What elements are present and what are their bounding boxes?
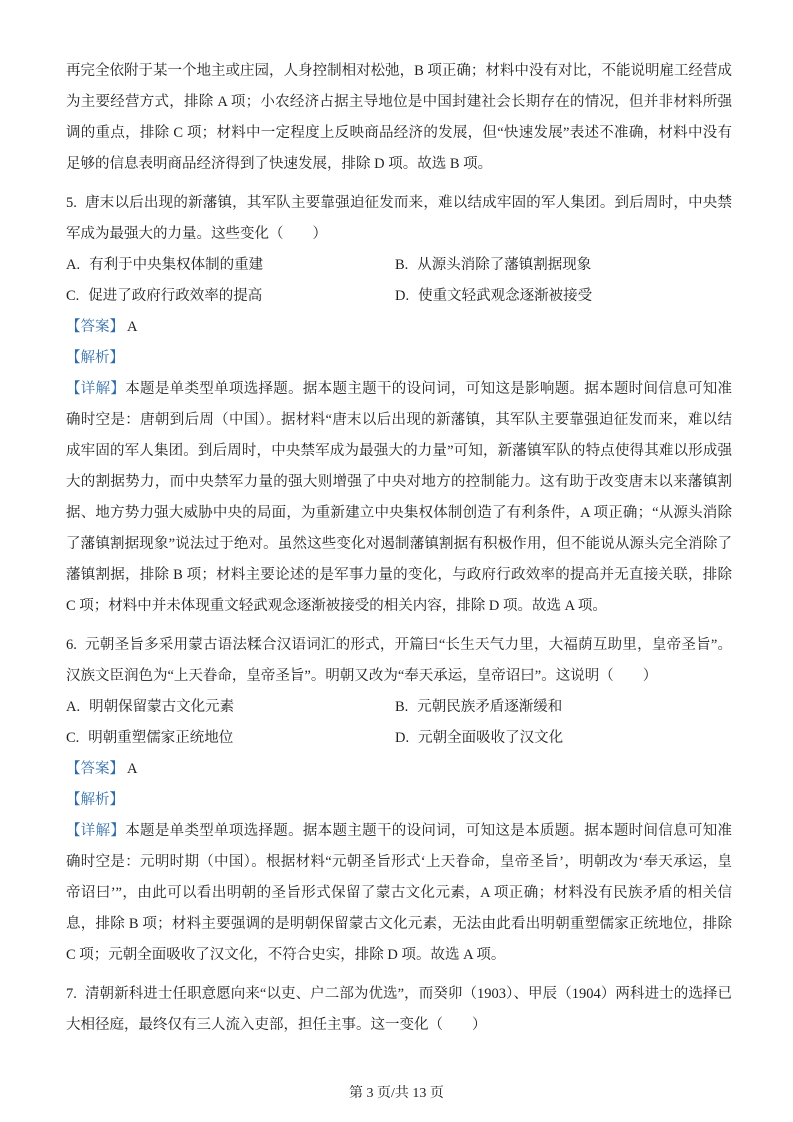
question-7-stem-text: 清朝新科进士任职意愿向来“以吏、户二部为优选”，而癸卯（1903）、甲辰（190… xyxy=(66,986,732,1033)
question-6-stem-text: 元朝圣旨多采用蒙古语法糅合汉语词汇的形式，开篇曰“长生天气力里，大福荫互助里，皇… xyxy=(66,637,732,684)
detail-label: 【详解】 xyxy=(66,823,125,839)
option-d-text: 元朝全面吸收了汉文化 xyxy=(418,730,563,746)
answer-value: A xyxy=(127,761,137,777)
option-a-label: A. xyxy=(66,257,80,273)
question-5-number: 5. xyxy=(66,195,77,211)
question-5-stem: 5.唐末以后出现的新藩镇，其军队主要靠强迫征发而来，难以结成牢固的军人集团。到后… xyxy=(66,188,732,250)
answer-value: A xyxy=(127,319,137,335)
page-content: 再完全依附于某一个地主或庄园，人身控制相对松弛，B 项正确；材料中没有对比，不能… xyxy=(66,56,732,1041)
question-5-block: 5.唐末以后出现的新藩镇，其军队主要靠强迫征发而来，难以结成牢固的军人集团。到后… xyxy=(66,188,732,622)
analysis-label: 【解析】 xyxy=(66,792,124,808)
analysis-label: 【解析】 xyxy=(66,350,124,366)
question-6-option-a: A.明朝保留蒙古文化元素 xyxy=(66,692,395,723)
detail-text: 本题是单类型单项选择题。据本题主题干的设问词，可知这是本质题。据本题时间信息可知… xyxy=(66,823,732,963)
option-c-label: C. xyxy=(66,288,79,304)
question-6-answer-line: 【答案】A xyxy=(66,754,732,785)
option-a-text: 有利于中央集权体制的重建 xyxy=(89,257,263,273)
option-b-label: B. xyxy=(395,699,408,715)
question-5-option-b: B.从源头消除了藩镇割据现象 xyxy=(395,250,732,281)
option-c-label: C. xyxy=(66,730,79,746)
question-6-option-c: C.明朝重塑儒家正统地位 xyxy=(66,723,395,754)
option-d-text: 使重文轻武观念逐渐被接受 xyxy=(418,288,592,304)
question-6-option-b: B.元朝民族矛盾逐渐缓和 xyxy=(395,692,732,723)
question-6-block: 6.元朝圣旨多采用蒙古语法糅合汉语词汇的形式，开篇曰“长生天气力里，大福荫互助里… xyxy=(66,630,732,971)
option-b-label: B. xyxy=(395,257,408,273)
option-c-text: 促进了政府行政效率的提高 xyxy=(88,288,262,304)
question-5-option-d: D.使重文轻武观念逐渐被接受 xyxy=(395,281,732,312)
question-5-detail-paragraph: 【详解】本题是单类型单项选择题。据本题主题干的设问词，可知这是影响题。据本题时间… xyxy=(66,374,732,622)
question-5-option-a: A.有利于中央集权体制的重建 xyxy=(66,250,395,281)
option-a-label: A. xyxy=(66,699,80,715)
option-b-text: 元朝民族矛盾逐渐缓和 xyxy=(417,699,562,715)
question-5-answer-line: 【答案】A xyxy=(66,312,732,343)
answer-label: 【答案】 xyxy=(66,761,124,777)
question-5-option-c: C.促进了政府行政效率的提高 xyxy=(66,281,395,312)
question-5-stem-text: 唐末以后出现的新藩镇，其军队主要靠强迫征发而来，难以结成牢固的军人集团。到后周时… xyxy=(66,195,732,242)
question-6-analysis-line: 【解析】 xyxy=(66,785,732,816)
option-c-text: 明朝重塑儒家正统地位 xyxy=(88,730,233,746)
question-7-stem: 7.清朝新科进士任职意愿向来“以吏、户二部为优选”，而癸卯（1903）、甲辰（1… xyxy=(66,979,732,1041)
option-d-label: D. xyxy=(395,288,409,304)
page-number-footer: 第 3 页/共 13 页 xyxy=(0,1082,793,1102)
answer-label: 【答案】 xyxy=(66,319,124,335)
question-7-block: 7.清朝新科进士任职意愿向来“以吏、户二部为优选”，而癸卯（1903）、甲辰（1… xyxy=(66,979,732,1041)
detail-label: 【详解】 xyxy=(66,381,125,397)
question-5-analysis-line: 【解析】 xyxy=(66,343,732,374)
question-6-detail-paragraph: 【详解】本题是单类型单项选择题。据本题主题干的设问词，可知这是本质题。据本题时间… xyxy=(66,816,732,971)
option-d-label: D. xyxy=(395,730,409,746)
option-a-text: 明朝保留蒙古文化元素 xyxy=(89,699,234,715)
question-5-options: A.有利于中央集权体制的重建 B.从源头消除了藩镇割据现象 C.促进了政府行政效… xyxy=(66,250,732,312)
detail-text: 本题是单类型单项选择题。据本题主题干的设问词，可知这是影响题。据本题时间信息可知… xyxy=(66,381,732,614)
question-6-options: A.明朝保留蒙古文化元素 B.元朝民族矛盾逐渐缓和 C.明朝重塑儒家正统地位 D… xyxy=(66,692,732,754)
exam-document-page: 再完全依附于某一个地主或庄园，人身控制相对松弛，B 项正确；材料中没有对比，不能… xyxy=(0,0,793,1122)
question-7-number: 7. xyxy=(66,986,77,1002)
continued-explanation-paragraph: 再完全依附于某一个地主或庄园，人身控制相对松弛，B 项正确；材料中没有对比，不能… xyxy=(66,56,732,180)
question-6-option-d: D.元朝全面吸收了汉文化 xyxy=(395,723,732,754)
option-b-text: 从源头消除了藩镇割据现象 xyxy=(417,257,591,273)
question-6-number: 6. xyxy=(66,637,77,653)
question-6-stem: 6.元朝圣旨多采用蒙古语法糅合汉语词汇的形式，开篇曰“长生天气力里，大福荫互助里… xyxy=(66,630,732,692)
